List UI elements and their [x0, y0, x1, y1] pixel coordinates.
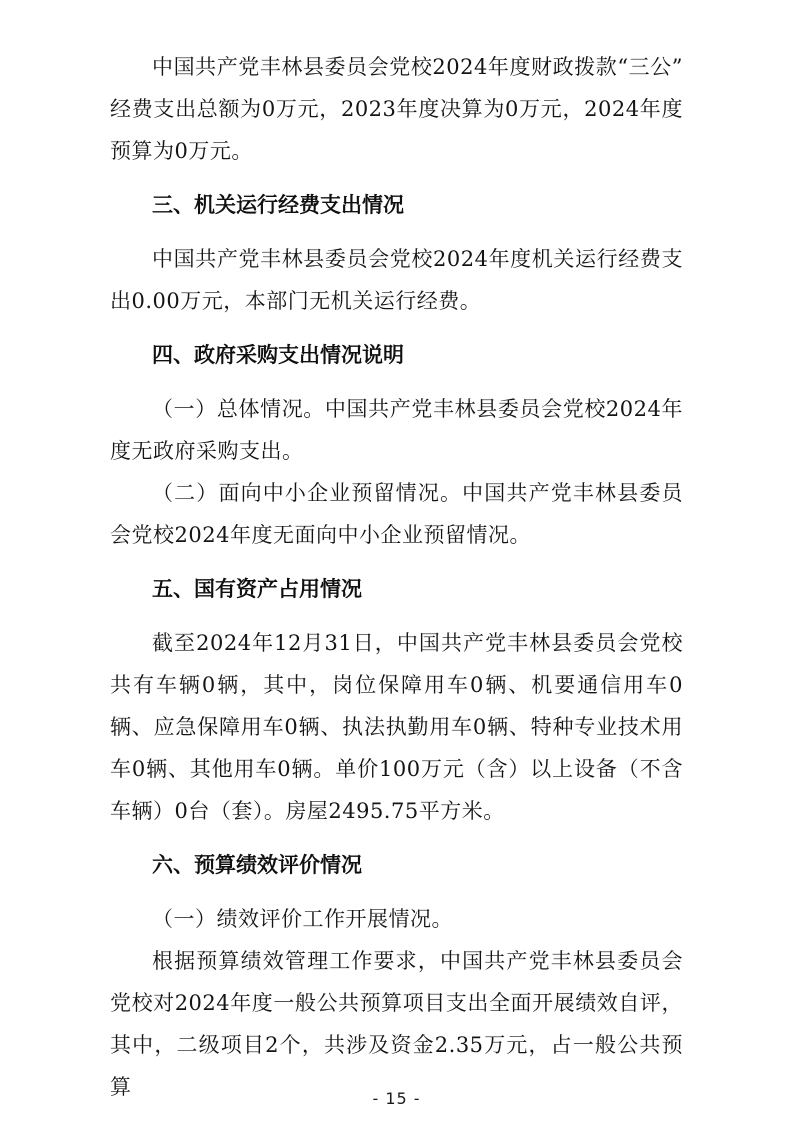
paragraph-procurement-sme-reserve: （二）面向中小企业预留情况。中国共产党丰林县委员会党校2024年度无面向中小企业… [110, 472, 683, 556]
page-number: - 15 - [0, 1089, 793, 1108]
heading-section-3-operating-expenses: 三、机关运行经费支出情况 [110, 184, 683, 226]
paragraph-three-public-funds-total: 中国共产党丰林县委员会党校2024年度财政拨款“三公”经费支出总额为0万元，20… [110, 46, 683, 172]
paragraph-performance-self-evaluation: 根据预算绩效管理工作要求，中国共产党丰林县委员会党校对2024年度一般公共预算项… [110, 940, 683, 1108]
heading-section-6-performance-evaluation: 六、预算绩效评价情况 [110, 844, 683, 886]
paragraph-performance-evaluation-subheading: （一）绩效评价工作开展情况。 [110, 898, 683, 940]
heading-section-4-government-procurement: 四、政府采购支出情况说明 [110, 334, 683, 376]
paragraph-state-assets-detail: 截至2024年12月31日，中国共产党丰林县委员会党校共有车辆0辆，其中，岗位保… [110, 622, 683, 832]
document-page: 中国共产党丰林县委员会党校2024年度财政拨款“三公”经费支出总额为0万元，20… [0, 0, 793, 1122]
paragraph-operating-expenses: 中国共产党丰林县委员会党校2024年度机关运行经费支出0.00万元，本部门无机关… [110, 238, 683, 322]
paragraph-procurement-overall: （一）总体情况。中国共产党丰林县委员会党校2024年度无政府采购支出。 [110, 388, 683, 472]
heading-section-5-state-assets: 五、国有资产占用情况 [110, 568, 683, 610]
